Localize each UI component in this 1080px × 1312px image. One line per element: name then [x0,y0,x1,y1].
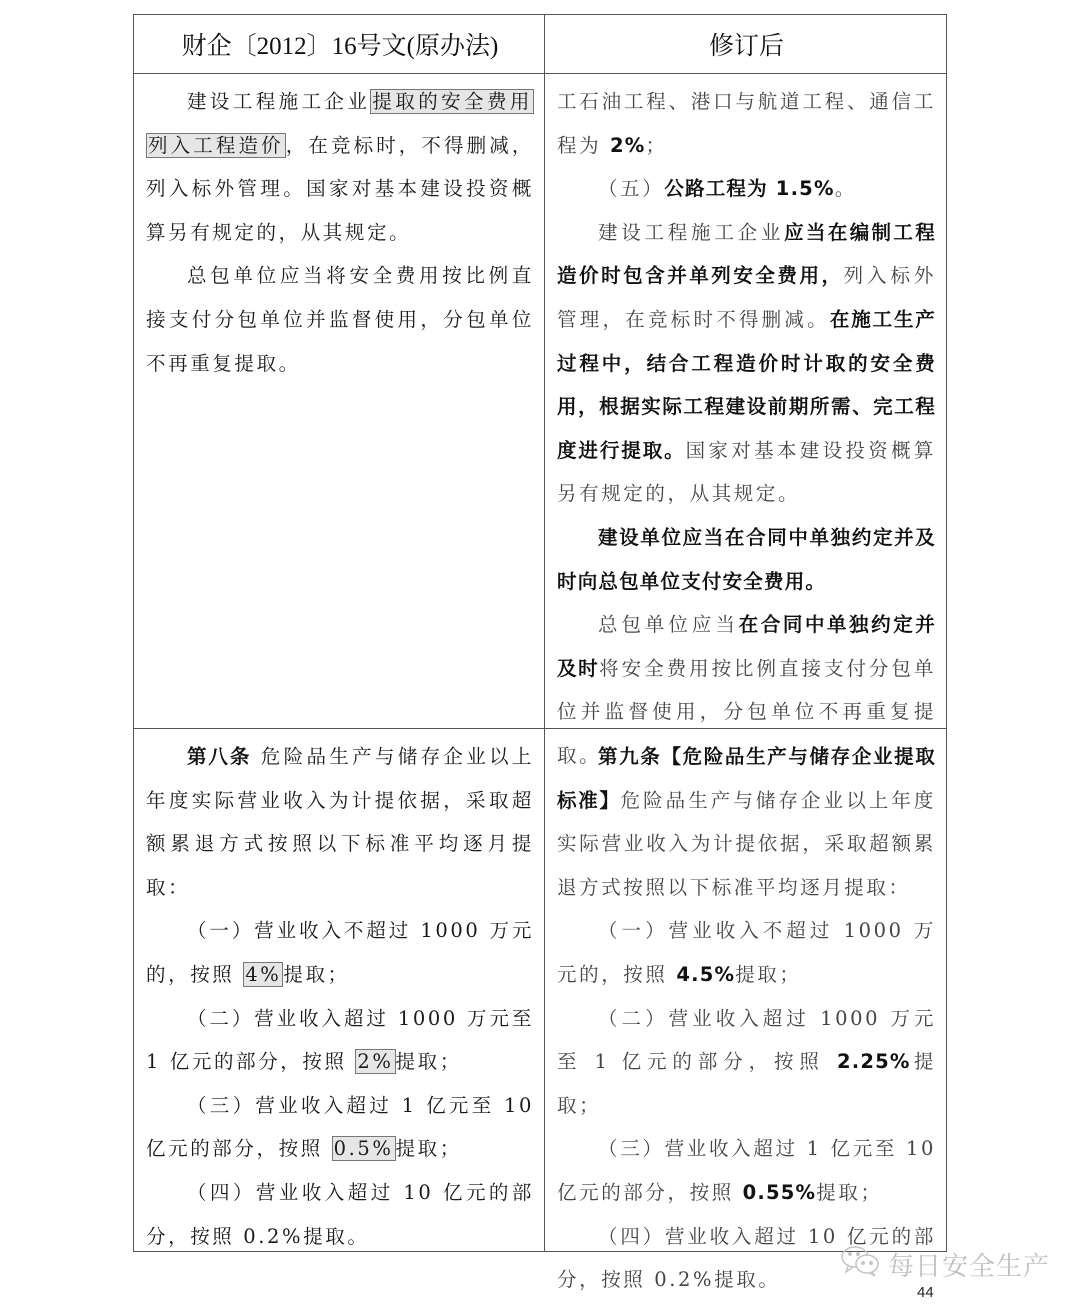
page-number: 44 [917,1284,934,1301]
text: （二）营业收入超过 1000 万元至 1 亿元的部分，按照 [146,1007,534,1074]
bold-text: 公路工程为 1.5% [664,177,834,200]
text: 建设工程施工企业 [187,90,370,113]
text: 提取； [816,1181,882,1204]
table-row: 第八条 危险品生产与储存企业以上年度实际营业收入为计提依据，采取超额累退方式按照… [134,729,946,1251]
text: 危险品生产与储存企业以上年度实际营业收入为计提依据，采取超额累退方式按照以下标准… [146,745,534,899]
article-label: 第八条 [187,745,251,768]
paragraph: 总包单位应当将安全费用按比例直接支付分包单位并监督使用，分包单位不再重复提取。 [146,254,534,385]
original-cell: 第八条 危险品生产与储存企业以上年度实际营业收入为计提依据，采取超额累退方式按照… [134,729,545,1251]
revised-cell: 第九条【危险品生产与储存企业提取标准】危险品生产与储存企业以上年度实际营业收入为… [545,729,946,1251]
paragraph: （五）公路工程为 1.5%。 [557,167,936,211]
text: 。 [835,177,857,200]
original-cell: 建设工程施工企业提取的安全费用列入工程造价，在竞标时，不得删减，列入标外管理。国… [134,74,545,728]
wechat-icon [840,1244,880,1285]
paragraph: （三）营业收入超过 1 亿元至 10 亿元的部分，按照 0.5%提取； [146,1084,534,1171]
bold-text: 2% [610,134,646,157]
paragraph: （一）营业收入不超过 1000 万元的，按照 4%提取； [146,909,534,996]
highlight: 2% [355,1049,395,1074]
text: 提取； [396,1050,462,1073]
text: ； [646,134,668,157]
paragraph: 第九条【危险品生产与储存企业提取标准】危险品生产与储存企业以上年度实际营业收入为… [557,735,936,909]
text: 提取； [396,1137,462,1160]
paragraph: （四）营业收入超过 10 亿元的部分，按照 0.2%提取。 [146,1171,534,1258]
bold-text: 0.55% [743,1181,817,1204]
paragraph: 建设单位应当在合同中单独约定并及时向总包单位支付安全费用。 [557,516,936,603]
table-header-row: 财企〔2012〕16号文(原办法) 修订后 [134,15,946,74]
paragraph: 第八条 危险品生产与储存企业以上年度实际营业收入为计提依据，采取超额累退方式按照… [146,735,534,909]
paragraph: （二）营业收入超过 1000 万元至 1 亿元的部分，按照 2%提取； [146,997,534,1084]
text: （五） [598,177,664,200]
comparison-table: 财企〔2012〕16号文(原办法) 修订后 建设工程施工企业提取的安全费用列入工… [133,14,947,1252]
paragraph: （三）营业收入超过 1 亿元至 10 亿元的部分，按照 0.55%提取； [557,1127,936,1214]
text: 提取； [735,963,801,986]
text: 建设工程施工企业 [598,221,784,244]
header-original: 财企〔2012〕16号文(原办法) [134,15,545,73]
highlight: 0.5% [332,1136,396,1161]
paragraph: 建设工程施工企业提取的安全费用列入工程造价，在竞标时，不得删减，列入标外管理。国… [146,80,534,254]
paragraph: 工石油工程、港口与航道工程、通信工程为 2%； [557,80,936,167]
table-row: 建设工程施工企业提取的安全费用列入工程造价，在竞标时，不得删减，列入标外管理。国… [134,74,946,729]
watermark: 每日安全生产 [840,1244,1050,1285]
revised-cell: 工石油工程、港口与航道工程、通信工程为 2%； （五）公路工程为 1.5%。 建… [545,74,946,728]
highlight: 列入工程造价 [146,133,286,158]
header-revised: 修订后 [545,15,946,73]
highlight: 提取的安全费用 [370,89,534,114]
bold-text: 4.5% [676,963,735,986]
paragraph: （二）营业收入超过 1000 万元至 1 亿元的部分，按照 2.25%提取； [557,997,936,1128]
watermark-text: 每日安全生产 [888,1246,1050,1283]
text: 提取； [283,963,349,986]
paragraph: 建设工程施工企业应当在编制工程造价时包含并单列安全费用，列入标外管理，在竞标时不… [557,211,936,516]
text: 总包单位应当 [598,613,739,636]
paragraph: （一）营业收入不超过 1000 万元的，按照 4.5%提取； [557,909,936,996]
bold-text: 2.25% [837,1050,911,1073]
highlight: 4% [243,962,283,987]
